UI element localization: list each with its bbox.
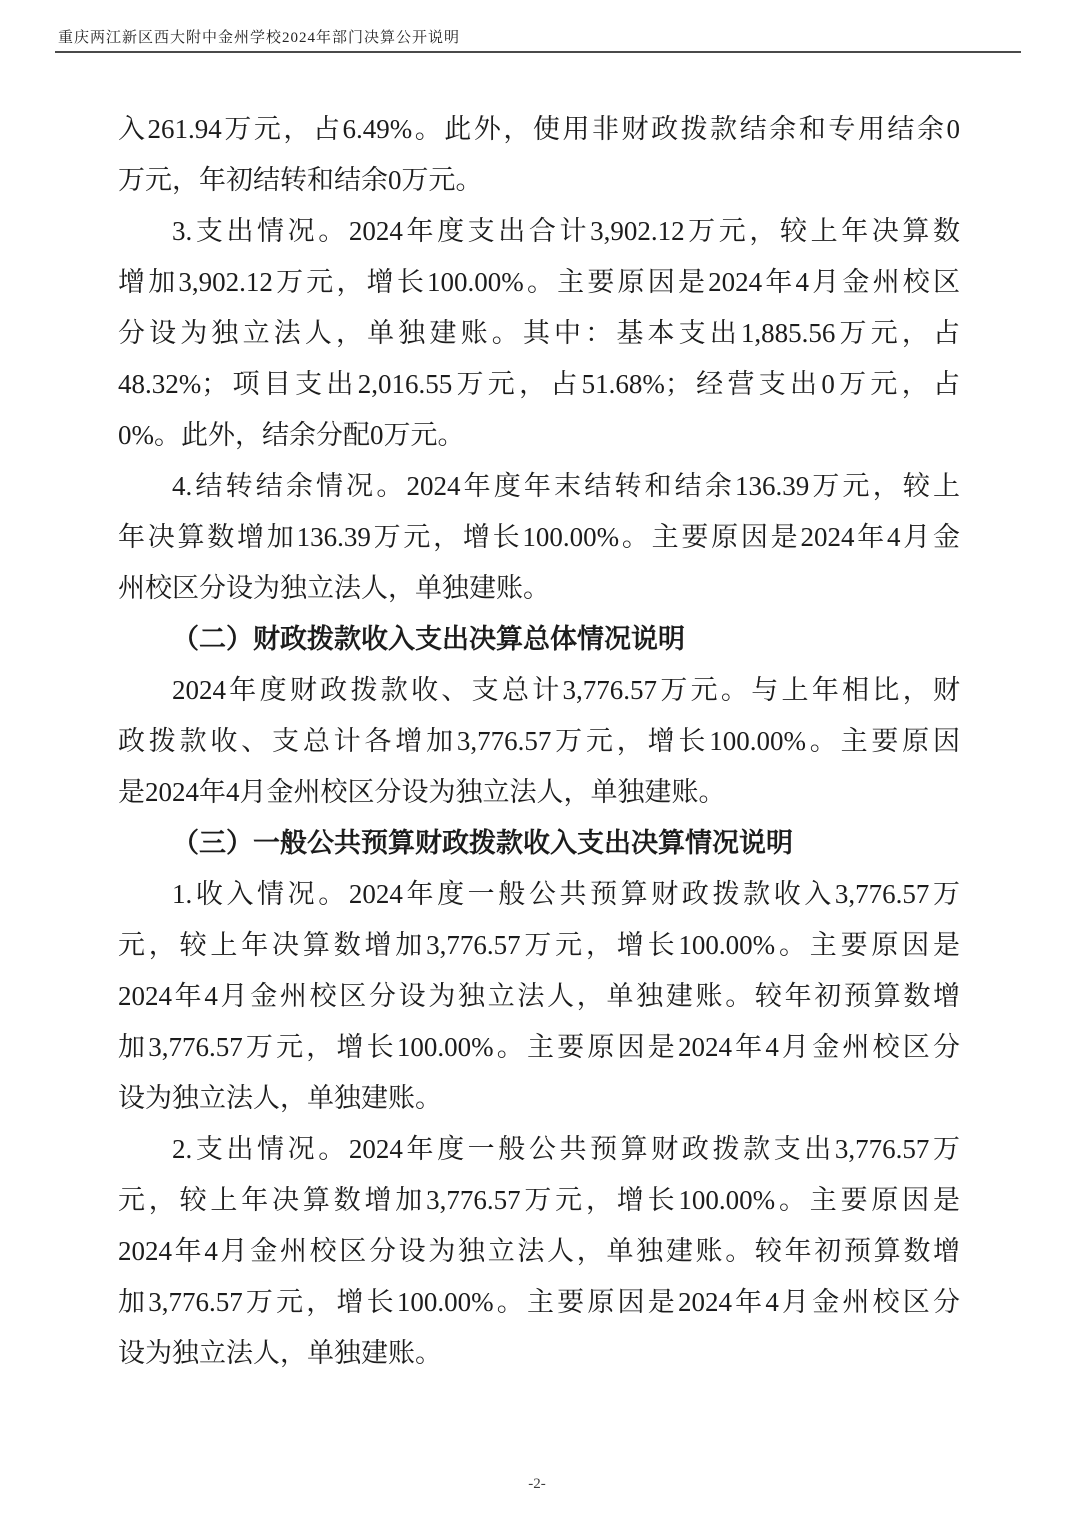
text-line: 4.结转结余情况。2024年度年末结转和结余136.39万元，较上 [118,461,960,512]
text-line: 元，较上年决算数增加3,776.57万元，增长100.00%。主要原因是 [118,1175,960,1226]
text-line: 万元，年初结转和结余0万元。 [118,155,960,206]
document-page: 重庆两江新区西大附中金州学校2024年部门决算公开说明 入261.94万元，占6… [0,0,1074,1520]
text-line: 年决算数增加136.39万元，增长100.00%。主要原因是2024年4月金 [118,512,960,563]
text-line: 设为独立法人，单独建账。 [118,1073,960,1124]
text-line: 分设为独立法人，单独建账。其中：基本支出1,885.56万元，占 [118,308,960,359]
text-line: 入261.94万元，占6.49%。此外，使用非财政拨款结余和专用结余0 [118,104,960,155]
text-line: 2024年度财政拨款收、支总计3,776.57万元。与上年相比，财 [118,665,960,716]
text-line: 设为独立法人，单独建账。 [118,1328,960,1379]
page-header-title: 重庆两江新区西大附中金州学校2024年部门决算公开说明 [58,26,460,47]
text-line: 3.支出情况。2024年度支出合计3,902.12万元，较上年决算数 [118,206,960,257]
text-line: 增加3,902.12万元，增长100.00%。主要原因是2024年4月金州校区 [118,257,960,308]
text-line: 元，较上年决算数增加3,776.57万元，增长100.00%。主要原因是 [118,920,960,971]
text-line: 0%。此外，结余分配0万元。 [118,410,960,461]
text-line: 是2024年4月金州校区分设为独立法人，单独建账。 [118,767,960,818]
section-heading: （二）财政拨款收入支出决算总体情况说明 [118,614,960,665]
text-line: 加3,776.57万元，增长100.00%。主要原因是2024年4月金州校区分 [118,1022,960,1073]
text-line: 2024年4月金州校区分设为独立法人，单独建账。较年初预算数增 [118,971,960,1022]
header-rule [55,51,1021,53]
text-line: 2024年4月金州校区分设为独立法人，单独建账。较年初预算数增 [118,1226,960,1277]
text-line: 1.收入情况。2024年度一般公共预算财政拨款收入3,776.57万 [118,869,960,920]
text-line: 政拨款收、支总计各增加3,776.57万元，增长100.00%。主要原因 [118,716,960,767]
text-line: 加3,776.57万元，增长100.00%。主要原因是2024年4月金州校区分 [118,1277,960,1328]
text-line: 州校区分设为独立法人，单独建账。 [118,563,960,614]
page-number: -2- [0,1476,1074,1493]
text-line: 48.32%；项目支出2,016.55万元，占51.68%；经营支出0万元，占 [118,359,960,410]
document-body: 入261.94万元，占6.49%。此外，使用非财政拨款结余和专用结余0万元，年初… [118,104,960,1379]
text-line: 2.支出情况。2024年度一般公共预算财政拨款支出3,776.57万 [118,1124,960,1175]
section-heading: （三）一般公共预算财政拨款收入支出决算情况说明 [118,818,960,869]
